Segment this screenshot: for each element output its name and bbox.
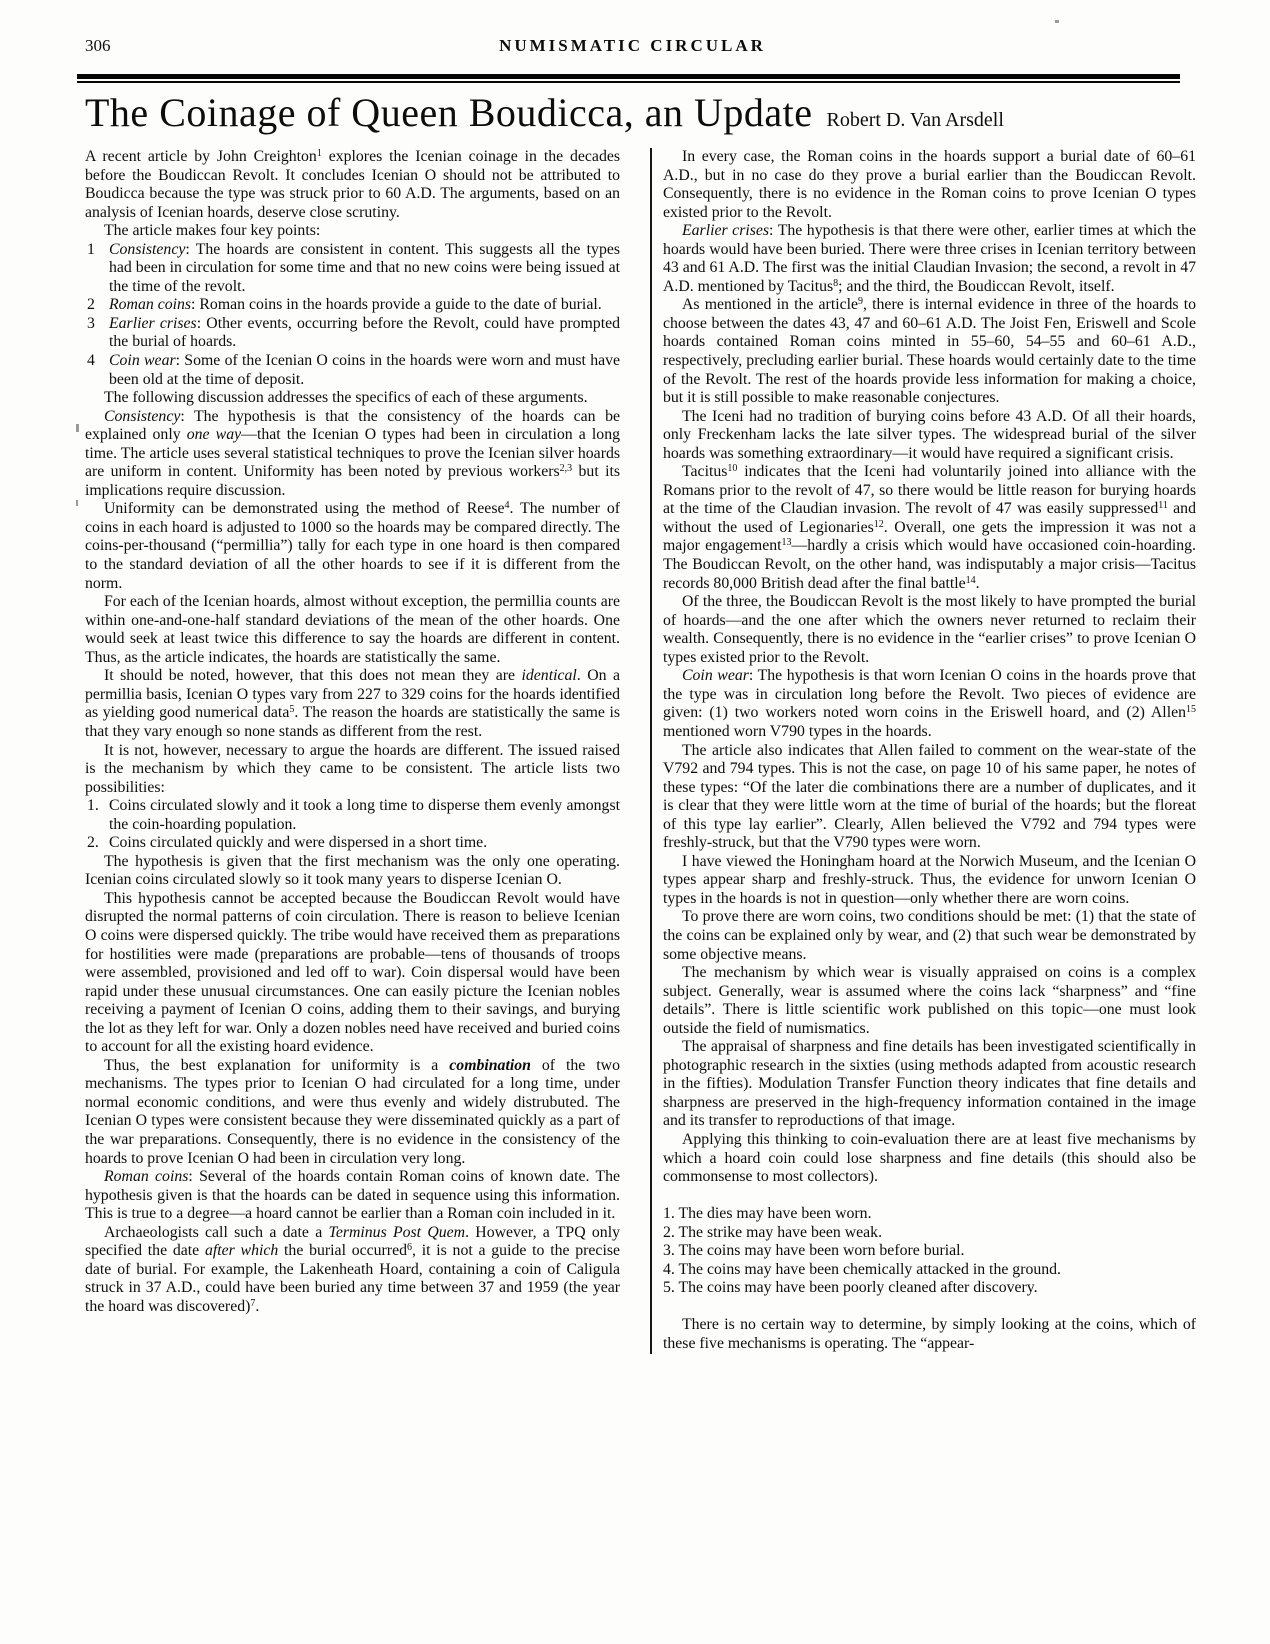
paragraph: 2.Coins circulated quickly and were disp…	[85, 834, 620, 853]
paragraph: 1.Coins circulated slowly and it took a …	[85, 797, 620, 834]
footnote-reference: 14	[966, 575, 976, 586]
text-segment: combination	[449, 1057, 531, 1074]
footnote-reference: 5	[289, 704, 294, 715]
footnote-reference: 10	[727, 463, 737, 474]
text-segment: : Roman coins in the hoards provide a gu…	[191, 296, 602, 313]
text-segment: In every case, the Roman coins in the ho…	[663, 148, 1196, 221]
text-segment: This hypothesis cannot be accepted becau…	[85, 890, 620, 1055]
paragraph: For each of the Icenian hoards, almost w…	[85, 593, 620, 667]
paragraph: To prove there are worn coins, two condi…	[663, 908, 1196, 964]
text-segment: Roman coins	[104, 1168, 188, 1185]
column-divider	[650, 148, 652, 1354]
footnote-reference: 4	[504, 500, 509, 511]
text-segment: It should be noted, however, that this d…	[104, 667, 522, 684]
text-segment: Earlier crises	[682, 222, 769, 239]
paragraph: Coin wear: The hypothesis is that worn I…	[663, 667, 1196, 741]
paragraph: 2Roman coins: Roman coins in the hoards …	[85, 296, 620, 315]
footnote-reference: 7	[250, 1298, 255, 1309]
header-rule-thick	[77, 74, 1180, 79]
text-segment: Thus, the best explanation for uniformit…	[104, 1057, 449, 1074]
paragraph: Tacitus10 indicates that the Iceni had v…	[663, 463, 1196, 593]
text-segment: Consistency	[109, 241, 185, 258]
paragraph: 4. The coins may have been chemically at…	[663, 1261, 1196, 1280]
list-marker: 2.	[87, 834, 99, 853]
text-segment: 4. The coins may have been chemically at…	[663, 1261, 1061, 1278]
text-segment: Coins circulated quickly and were disper…	[109, 834, 487, 851]
text-segment: Coin wear	[109, 352, 176, 369]
paragraph: I have viewed the Honingham hoard at the…	[663, 853, 1196, 909]
text-segment: I have viewed the Honingham hoard at the…	[663, 853, 1196, 907]
paragraph: Earlier crises: The hypothesis is that t…	[663, 222, 1196, 296]
text-segment: .	[976, 575, 980, 592]
text-segment: .	[255, 1298, 259, 1315]
paragraph: The hypothesis is given that the first m…	[85, 853, 620, 890]
text-segment: The article also indicates that Allen fa…	[663, 742, 1196, 852]
text-segment: Terminus Post Quem	[328, 1224, 465, 1241]
text-segment: Coin wear	[682, 667, 749, 684]
text-segment: As mentioned in the article	[682, 296, 858, 313]
paragraph: Uniformity can be demonstrated using the…	[85, 500, 620, 593]
left-column: A recent article by John Creighton1 expl…	[85, 148, 620, 1316]
text-segment: Applying this thinking to coin-evaluatio…	[663, 1131, 1196, 1185]
paragraph: Thus, the best explanation for uniformit…	[85, 1057, 620, 1168]
paragraph: The appraisal of sharpness and fine deta…	[663, 1038, 1196, 1131]
footnote-reference: 1	[317, 148, 322, 159]
text-segment: The mechanism by which wear is visually …	[663, 964, 1196, 1037]
text-segment: Uniformity can be demonstrated using the…	[104, 500, 504, 517]
paragraph: It should be noted, however, that this d…	[85, 667, 620, 741]
article-author: Robert D. Van Arsdell	[827, 109, 1004, 131]
paragraph: 3Earlier crises: Other events, occurring…	[85, 315, 620, 352]
right-column: In every case, the Roman coins in the ho…	[663, 148, 1196, 1354]
paragraph: A recent article by John Creighton1 expl…	[85, 148, 620, 222]
list-marker: 2	[87, 296, 95, 315]
article-title: The Coinage of Queen Boudicca, an Update	[85, 90, 813, 135]
text-segment: after which	[205, 1242, 278, 1259]
paragraph: The mechanism by which wear is visually …	[663, 964, 1196, 1038]
text-segment: The following discussion addresses the s…	[104, 389, 588, 406]
paragraph: 1Consistency: The hoards are consistent …	[85, 241, 620, 297]
text-segment: To prove there are worn coins, two condi…	[663, 908, 1196, 962]
paragraph: The Iceni had no tradition of burying co…	[663, 408, 1196, 464]
footnote-reference: 11	[1158, 500, 1168, 511]
list-marker: 4	[87, 352, 95, 371]
header-rule-thin	[77, 81, 1180, 83]
paragraph: 3. The coins may have been worn before b…	[663, 1242, 1196, 1261]
text-segment: mentioned worn V790 types in the hoards.	[663, 723, 932, 740]
text-segment: indicates that the Iceni had voluntarily…	[663, 463, 1196, 517]
text-segment: There is no certain way to determine, by…	[663, 1316, 1196, 1352]
paragraph: Roman coins: Several of the hoards conta…	[85, 1168, 620, 1224]
paragraph: As mentioned in the article9, there is i…	[663, 296, 1196, 407]
paragraph: The following discussion addresses the s…	[85, 389, 620, 408]
article-title-row: The Coinage of Queen Boudicca, an Update…	[85, 90, 1004, 143]
footnote-reference: 12	[874, 519, 884, 530]
scan-speck	[76, 424, 79, 432]
paragraph: This hypothesis cannot be accepted becau…	[85, 890, 620, 1057]
paragraph: Archaeologists call such a date a Termin…	[85, 1224, 620, 1317]
paragraph: The article makes four key points:	[85, 222, 620, 241]
header-rule	[77, 74, 1180, 83]
text-segment: A recent article by John Creighton	[85, 148, 317, 165]
page-header: 306 NUMISMATIC CIRCULAR	[85, 36, 1180, 58]
paragraph: Consistency: The hypothesis is that the …	[85, 408, 620, 501]
text-segment: 3. The coins may have been worn before b…	[663, 1242, 965, 1259]
text-segment: Archaeologists call such a date a	[104, 1224, 328, 1241]
paragraph: 1. The dies may have been worn.	[663, 1205, 1196, 1224]
paragraph: The article also indicates that Allen fa…	[663, 742, 1196, 853]
paragraph: Of the three, the Boudiccan Revolt is th…	[663, 593, 1196, 667]
text-segment: Coins circulated slowly and it took a lo…	[109, 797, 620, 833]
footnote-reference: 9	[858, 296, 863, 307]
text-segment: Tacitus	[682, 463, 727, 480]
text-segment: The article makes four key points:	[104, 222, 320, 239]
text-segment: : The hoards are consistent in content. …	[109, 241, 620, 295]
text-segment: Roman coins	[109, 296, 191, 313]
paragraph: 4Coin wear: Some of the Icenian O coins …	[85, 352, 620, 389]
text-segment: the burial occurred	[278, 1242, 407, 1259]
text-segment: It is not, however, necessary to argue t…	[85, 742, 620, 796]
text-segment: one way	[187, 426, 241, 443]
paragraph: In every case, the Roman coins in the ho…	[663, 148, 1196, 222]
scan-speck	[76, 500, 78, 506]
text-segment: The hypothesis is given that the first m…	[85, 853, 620, 889]
footnote-reference: 6	[407, 1242, 412, 1253]
scan-speck	[1055, 20, 1059, 23]
footnote-reference: 2,3	[560, 463, 573, 474]
text-segment: 1. The dies may have been worn.	[663, 1205, 872, 1222]
list-marker: 1.	[87, 797, 99, 816]
text-segment: 5. The coins may have been poorly cleane…	[663, 1279, 1038, 1296]
text-segment: Of the three, the Boudiccan Revolt is th…	[663, 593, 1196, 666]
footnote-reference: 8	[833, 278, 838, 289]
journal-title: NUMISMATIC CIRCULAR	[85, 36, 1180, 56]
text-segment: ; and the third, the Boudiccan Revolt, i…	[838, 278, 1114, 295]
text-segment: Consistency	[104, 408, 180, 425]
text-segment: Earlier crises	[109, 315, 197, 332]
paragraph: 5. The coins may have been poorly cleane…	[663, 1279, 1196, 1298]
list-marker: 1	[87, 241, 95, 260]
text-segment: The appraisal of sharpness and fine deta…	[663, 1038, 1196, 1129]
paragraph: There is no certain way to determine, by…	[663, 1316, 1196, 1353]
article-body: A recent article by John Creighton1 expl…	[85, 148, 1196, 1354]
footnote-reference: 13	[782, 537, 792, 548]
paragraph: Applying this thinking to coin-evaluatio…	[663, 1131, 1196, 1187]
text-segment: The Iceni had no tradition of burying co…	[663, 408, 1196, 462]
document-page: 306 NUMISMATIC CIRCULAR The Coinage of Q…	[0, 0, 1270, 1644]
list-marker: 3	[87, 315, 95, 334]
paragraph: It is not, however, necessary to argue t…	[85, 742, 620, 798]
text-segment: 2. The strike may have been weak.	[663, 1224, 882, 1241]
footnote-reference: 15	[1186, 704, 1196, 715]
text-segment: : Some of the Icenian O coins in the hoa…	[109, 352, 620, 388]
text-segment: identical	[522, 667, 577, 684]
paragraph: 2. The strike may have been weak.	[663, 1224, 1196, 1243]
text-segment: For each of the Icenian hoards, almost w…	[85, 593, 620, 666]
